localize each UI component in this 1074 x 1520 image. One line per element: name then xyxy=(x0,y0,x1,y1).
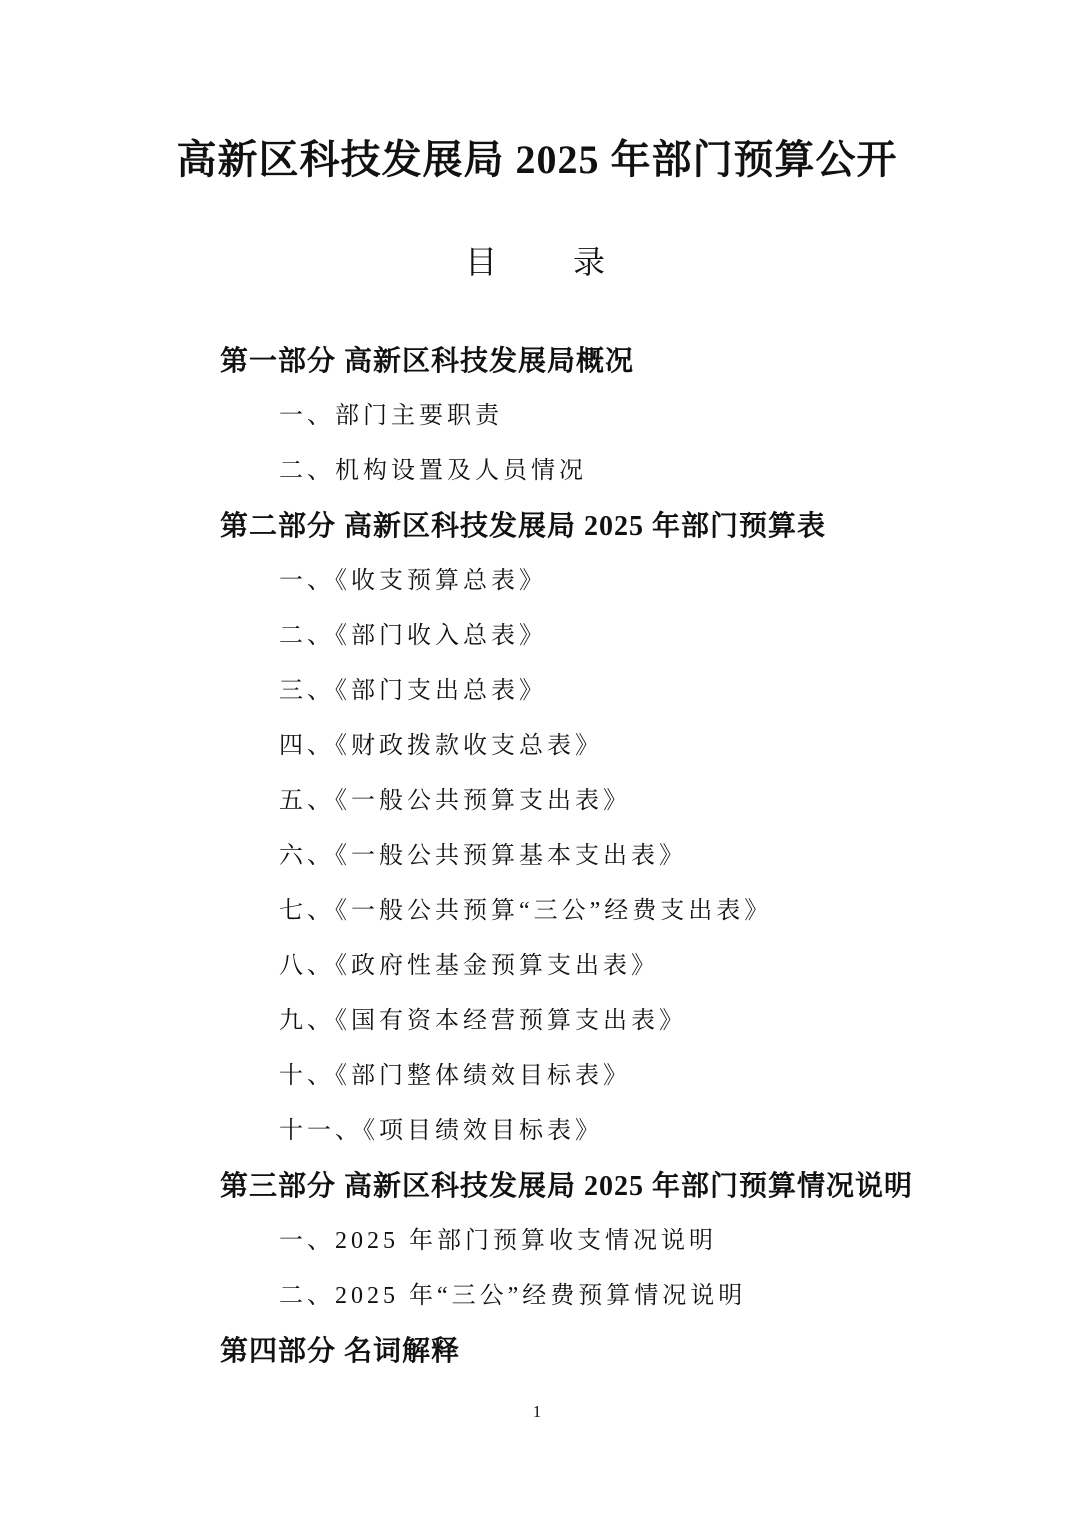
toc-item: 八、《政府性基金预算支出表》 xyxy=(279,939,1074,994)
table-of-contents: 第一部分 高新区科技发展局概况 一、部门主要职责 二、机构设置及人员情况 第二部… xyxy=(0,334,1074,1379)
toc-section-heading: 第三部分 高新区科技发展局 2025 年部门预算情况说明 xyxy=(220,1159,1074,1214)
toc-item: 九、《国有资本经营预算支出表》 xyxy=(279,994,1074,1049)
toc-item: 四、《财政拨款收支总表》 xyxy=(279,719,1074,774)
toc-item: 十一、《项目绩效目标表》 xyxy=(279,1104,1074,1159)
toc-item: 一、《收支预算总表》 xyxy=(279,554,1074,609)
toc-item: 七、《一般公共预算“三公”经费支出表》 xyxy=(279,884,1074,939)
page-number: 1 xyxy=(0,1402,1074,1422)
toc-section-heading: 第二部分 高新区科技发展局 2025 年部门预算表 xyxy=(220,499,1074,554)
toc-item: 一、2025 年部门预算收支情况说明 xyxy=(279,1214,1074,1269)
toc-item: 三、《部门支出总表》 xyxy=(279,664,1074,719)
toc-item: 二、2025 年“三公”经费预算情况说明 xyxy=(279,1269,1074,1324)
toc-item: 二、机构设置及人员情况 xyxy=(279,444,1074,499)
document-title: 高新区科技发展局 2025 年部门预算公开 xyxy=(0,128,1074,192)
toc-item: 六、《一般公共预算基本支出表》 xyxy=(279,829,1074,884)
document-page: 高新区科技发展局 2025 年部门预算公开 目 录 第一部分 高新区科技发展局概… xyxy=(0,0,1074,1520)
toc-item: 二、《部门收入总表》 xyxy=(279,609,1074,664)
toc-section-heading: 第一部分 高新区科技发展局概况 xyxy=(220,334,1074,389)
toc-section-heading: 第四部分 名词解释 xyxy=(220,1324,1074,1379)
toc-heading: 目 录 xyxy=(0,240,1074,284)
toc-item: 一、部门主要职责 xyxy=(279,389,1074,444)
toc-item: 五、《一般公共预算支出表》 xyxy=(279,774,1074,829)
toc-item: 十、《部门整体绩效目标表》 xyxy=(279,1049,1074,1104)
